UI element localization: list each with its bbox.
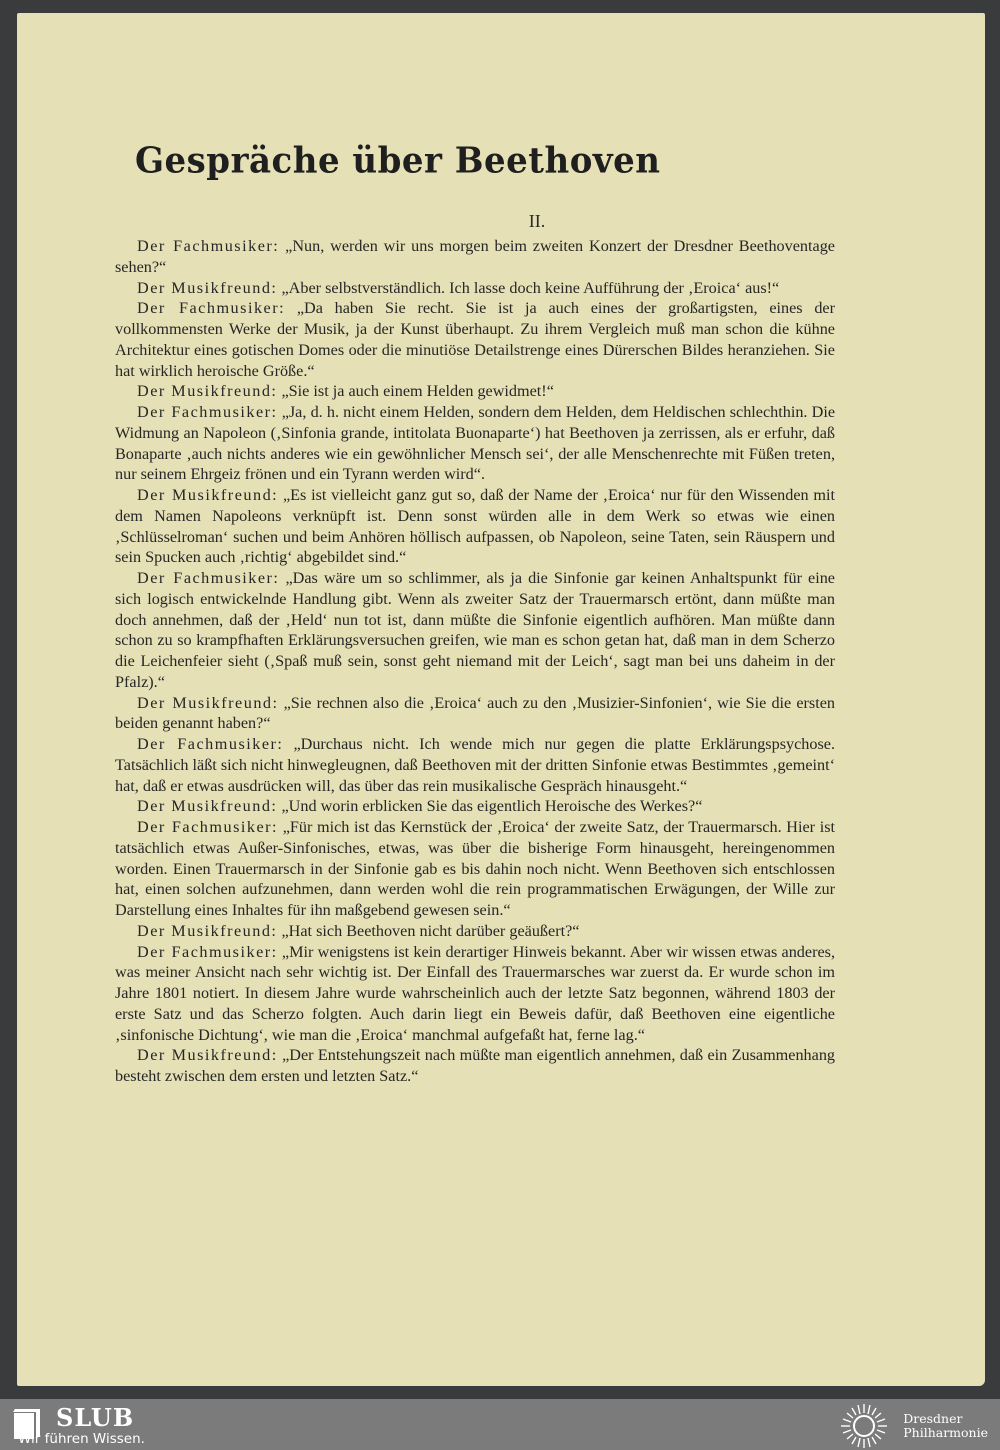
section-number: II. [17,211,1000,232]
speaker-label: Der Musikfreund: [137,797,277,815]
speaker-label: Der Musikfreund: [137,382,277,400]
paragraph: Der Musikfreund: „Und worin erblicken Si… [115,796,835,817]
philharmonie-name-line1: Dresdner [903,1412,988,1426]
speaker-label: Der Musikfreund: [137,1046,278,1064]
page-title: Gespräche über Beethoven [135,140,661,182]
book-icon [14,1409,44,1439]
paragraph-text: „Das wäre um so schlimmer, als ja die Si… [115,569,835,691]
speaker-label: Der Musikfreund: [137,279,277,297]
paragraph: Der Fachmusiker: „Für mich ist das Kerns… [115,817,835,921]
paragraph-text: „Sie ist ja auch einem Helden gewidmet!“ [277,382,553,400]
paragraph-text: „Aber selbstverständlich. Ich lasse doch… [277,279,779,297]
speaker-label: Der Fachmusiker: [137,569,279,587]
paragraph: Der Musikfreund: „Sie rechnen also die ‚… [115,693,835,735]
philharmonie-logo-link[interactable]: Dresdner Philharmonie [839,1403,988,1449]
paragraph: Der Musikfreund: „Der Entstehungszeit na… [115,1045,835,1087]
paragraph: Der Fachmusiker: „Durchaus nicht. Ich we… [115,734,835,796]
speaker-label: Der Fachmusiker: [137,299,285,317]
paragraph: Der Musikfreund: „Sie ist ja auch einem … [115,381,835,402]
slub-logo-link[interactable]: SLUB Wir führen Wissen. [14,1405,145,1447]
dialogue-body: Der Fachmusiker: „Nun, werden wir uns mo… [115,236,835,1087]
paragraph: Der Musikfreund: „Aber selbstverständlic… [115,278,835,299]
paragraph: Der Musikfreund: „Hat sich Beethoven nic… [115,921,835,942]
speaker-label: Der Musikfreund: [137,694,279,712]
speaker-label: Der Fachmusiker: [137,735,283,753]
slub-logo-name: SLUB [56,1405,145,1431]
speaker-label: Der Fachmusiker: [137,818,278,836]
philharmonie-name-line2: Philharmonie [903,1426,988,1440]
section-label: II. [529,211,546,232]
paragraph-text: „Und worin erblicken Sie das eigentlich … [277,797,702,815]
speaker-label: Der Musikfreund: [137,922,277,940]
paragraph: Der Fachmusiker: „Mir wenigstens ist kei… [115,942,835,1046]
speaker-label: Der Fachmusiker: [137,237,279,255]
paragraph-text: „Hat sich Beethoven nicht darüber geäuße… [277,922,579,940]
sunburst-ring-icon [839,1403,889,1449]
footer-bar: SLUB Wir führen Wissen. Dresdner Philhar… [0,1399,1000,1450]
paragraph: Der Fachmusiker: „Das wäre um so schlimm… [115,568,835,693]
paragraph: Der Musikfreund: „Es ist vielleicht ganz… [115,485,835,568]
speaker-label: Der Fachmusiker: [137,943,278,961]
speaker-label: Der Musikfreund: [137,486,278,504]
speaker-label: Der Fachmusiker: [137,403,278,421]
paragraph: Der Fachmusiker: „Ja, d. h. nicht einem … [115,402,835,485]
paragraph: Der Fachmusiker: „Nun, werden wir uns mo… [115,236,835,278]
paragraph: Der Fachmusiker: „Da haben Sie recht. Si… [115,298,835,381]
